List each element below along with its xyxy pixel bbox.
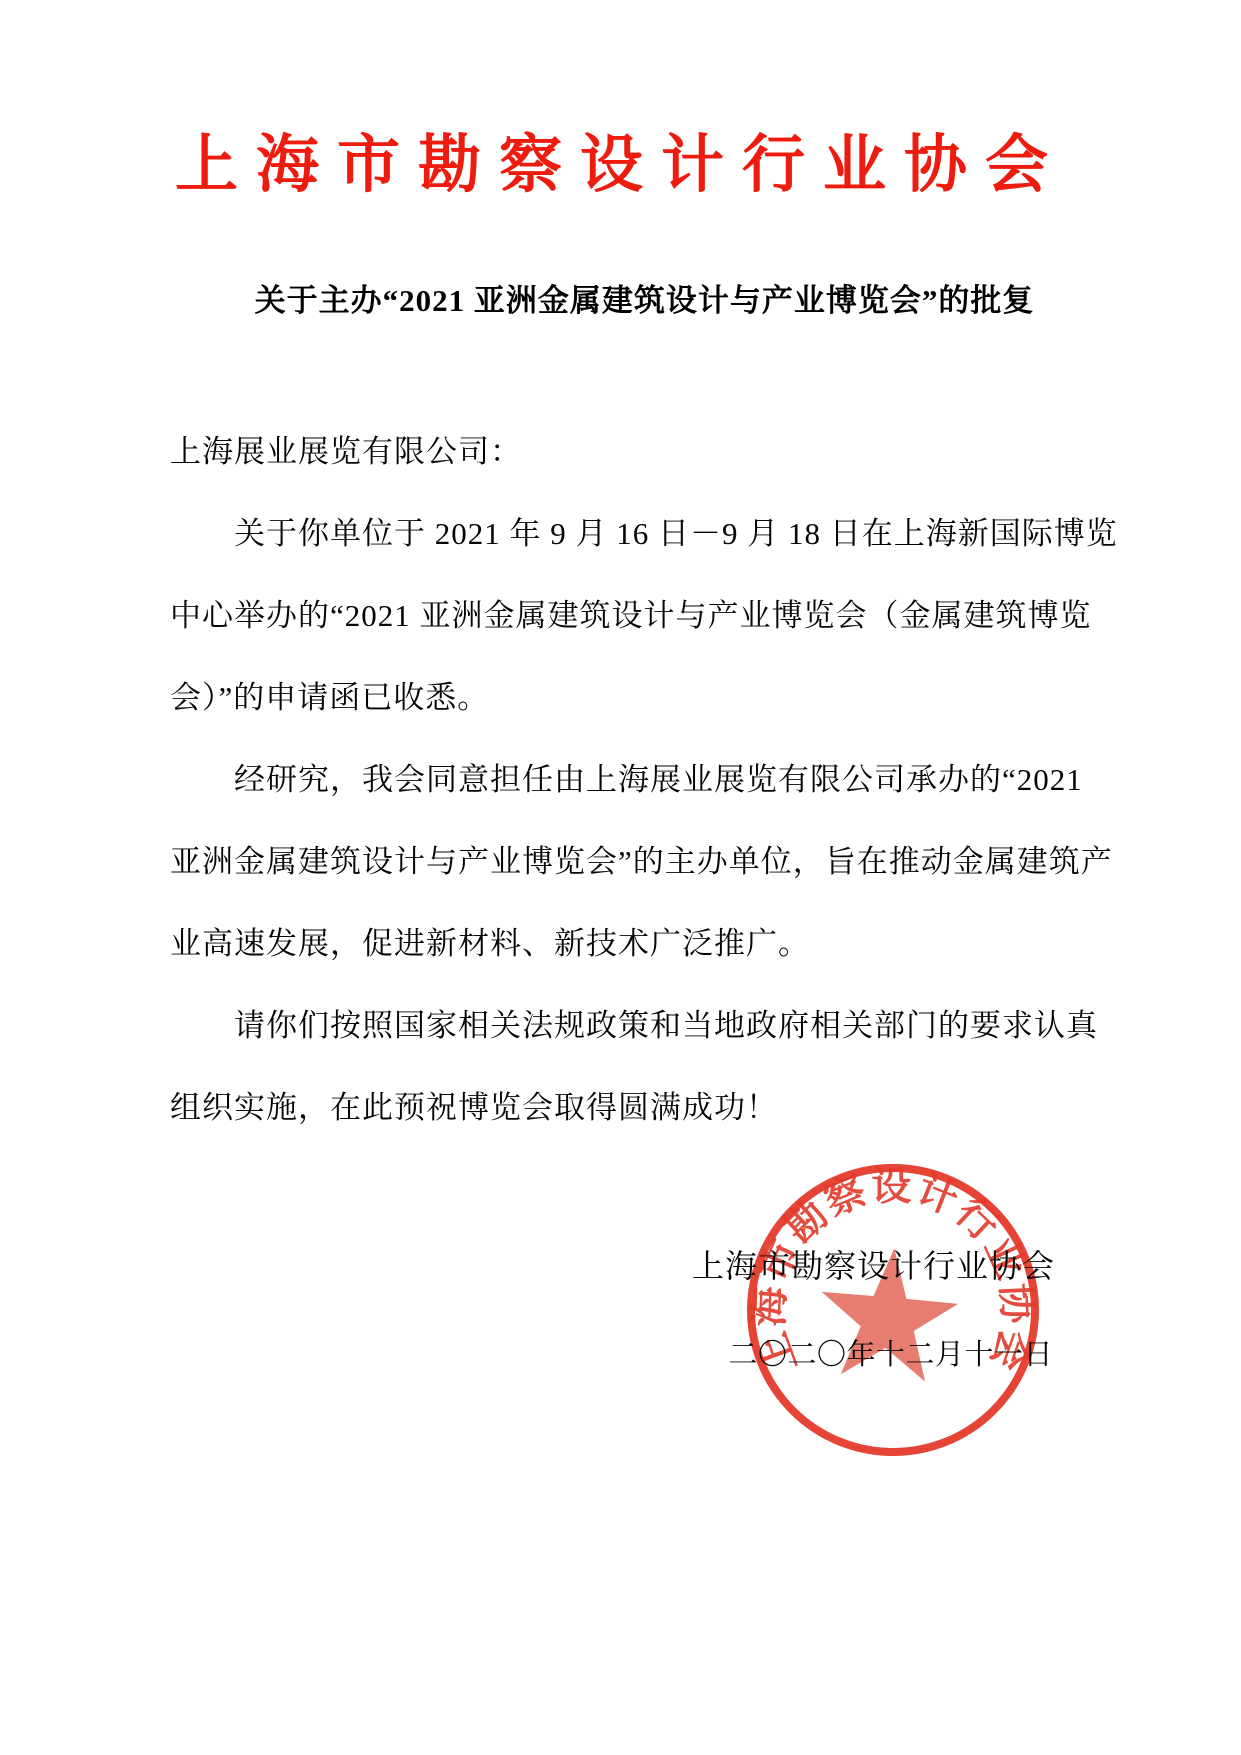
body-line: 组织实施，在此预祝博览会取得圆满成功！: [170, 1067, 1100, 1149]
body-line: 会）”的申请函已收悉。: [170, 657, 1100, 739]
body-line: 经研究，我会同意担任由上海展业展览有限公司承办的“2021: [170, 739, 1100, 821]
letterhead-title: 上海市勘察设计行业协会: [0, 112, 1241, 218]
body-line: 关于你单位于 2021 年 9 月 16 日－9 月 18 日在上海新国际博览: [170, 493, 1100, 575]
body-line: 业高速发展，促进新材料、新技术广泛推广。: [170, 903, 1100, 985]
signature-date: 二〇二〇年十二月十一日: [728, 1333, 1053, 1377]
body-line-salutation: 上海展业展览有限公司：: [170, 411, 1100, 493]
body-line: 亚洲金属建筑设计与产业博览会”的主办单位，旨在推动金属建筑产: [170, 821, 1100, 903]
body-line: 请你们按照国家相关法规政策和当地政府相关部门的要求认真: [170, 985, 1100, 1067]
document-page: { "page": { "letterhead": "上海市勘察设计行业协会",…: [0, 0, 1241, 1755]
body-line: 中心举办的“2021 亚洲金属建筑设计与产业博览会（金属建筑博览: [170, 575, 1100, 657]
signature-organization: 上海市勘察设计行业协会: [692, 1243, 1055, 1289]
letter-body: 上海展业展览有限公司： 关于你单位于 2021 年 9 月 16 日－9 月 1…: [170, 411, 1100, 1149]
document-title: 关于主办“2021 亚洲金属建筑设计与产业博览会”的批复: [0, 276, 1241, 326]
official-seal: 上海市勘察设计行业协会: [743, 1160, 1043, 1460]
official-seal-graphic: 上海市勘察设计行业协会: [743, 1160, 1043, 1460]
